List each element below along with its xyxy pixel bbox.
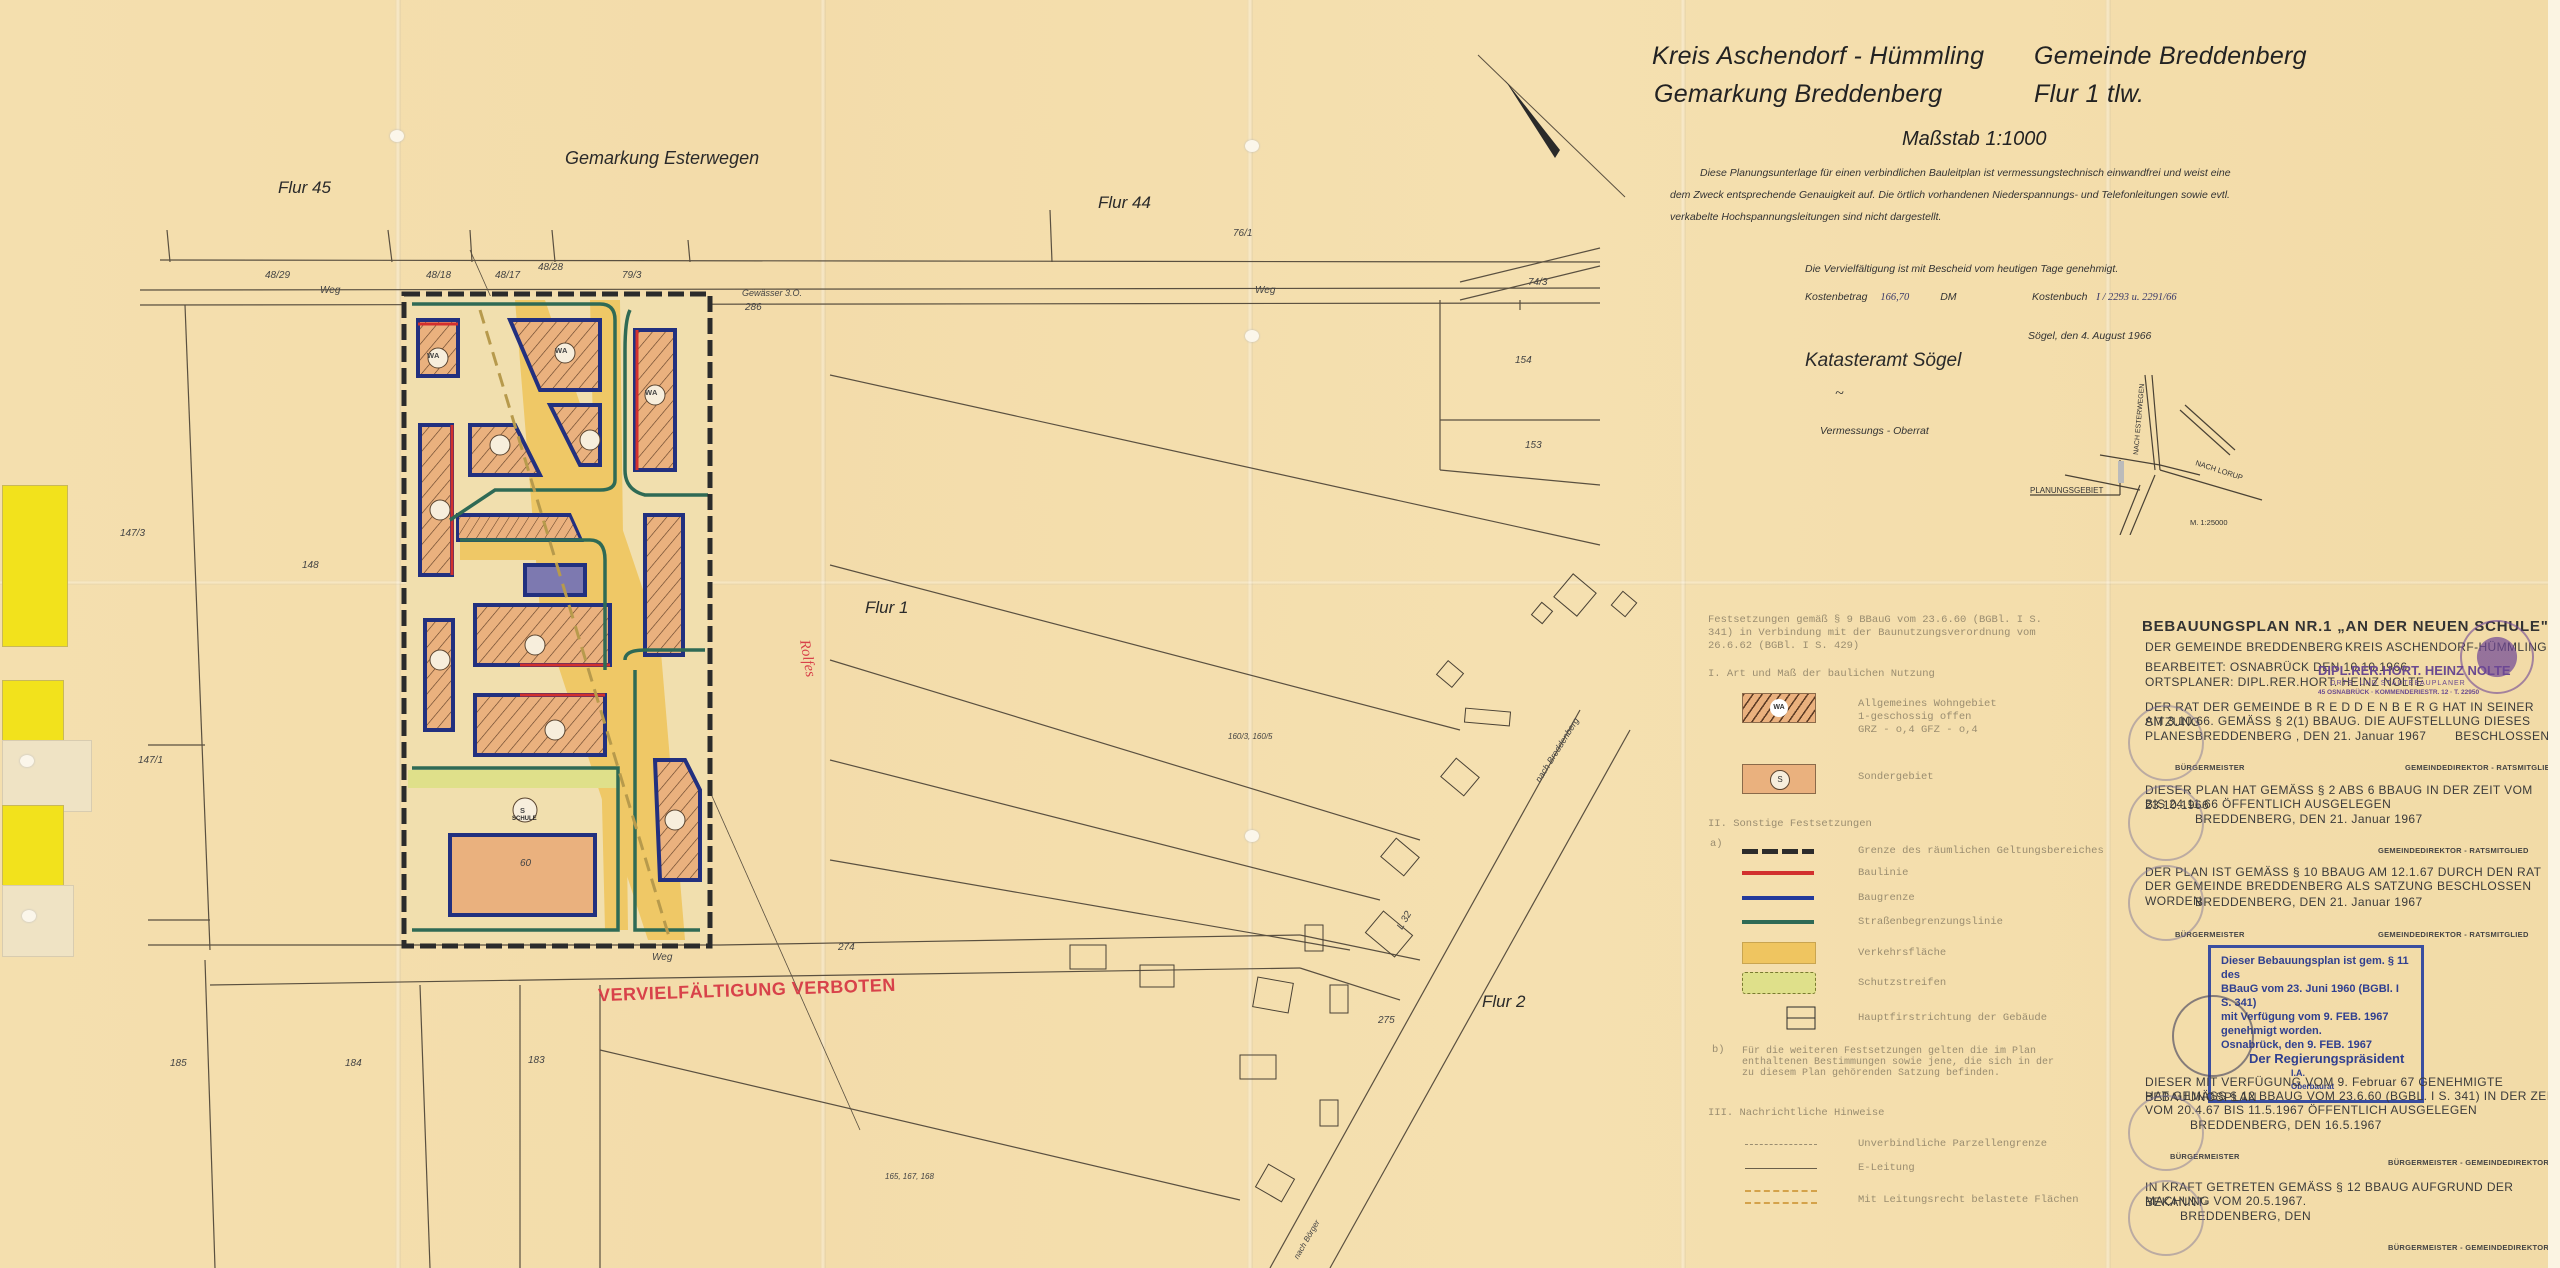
wa-label: WA — [645, 388, 658, 397]
signature-role: GEMEINDEDIREKTOR - RATSMITGLIED — [2405, 763, 2556, 772]
parcel-number: 286 — [745, 302, 762, 313]
legend-swatch-red — [1742, 871, 1814, 875]
municipality: DER GEMEINDE BREDDENBERG — [2145, 640, 2343, 655]
cadastral-office: Katasteramt Sögel — [1805, 350, 1961, 372]
legend-label: Verkehrsfläche — [1858, 947, 1946, 960]
cost-book-value: I / 2293 u. 2291/66 — [2096, 292, 2176, 303]
parcel-number: 185 — [170, 1058, 187, 1069]
parcel-number: 79/3 — [622, 270, 641, 281]
legend-swatch-power — [1745, 1168, 1817, 1169]
parcel-number: 147/1 — [138, 755, 163, 766]
gemeinde-title: Gemeinde Breddenberg — [2034, 42, 2307, 71]
municipal-seal — [2128, 705, 2204, 781]
parcel-number: 274 — [838, 942, 855, 953]
parcel-number: 48/29 — [265, 270, 290, 281]
legend-wa: Allgemeines Wohngebiet 1-geschossig offe… — [1858, 698, 1997, 737]
legend-swatch-parcel — [1745, 1144, 1817, 1146]
legend-label: Grenze des räumlichen Geltungsbereiches — [1858, 845, 2104, 858]
council-resolved: BESCHLOSSEN — [2455, 729, 2549, 744]
parcel-number: 275 — [1378, 1015, 1395, 1026]
parcel-number: 154 — [1515, 355, 1532, 366]
weg-label: Weg — [320, 285, 340, 296]
legend-label: 1-geschossig offen — [1858, 711, 1997, 724]
parcel-number: 48/17 — [495, 270, 520, 281]
municipal-seal — [2128, 1095, 2204, 1171]
flur-44-label: Flur 44 — [1098, 193, 1151, 213]
paper-edge — [2548, 0, 2560, 1268]
legend-swatch-easement — [1745, 1190, 1817, 1204]
legend-swatch-traffic — [1742, 942, 1816, 964]
legend-label: Schutzstreifen — [1858, 977, 1946, 990]
plan-sheet: WA WA WA S SCHULE 60 Gemarkung Esterwege… — [0, 0, 2560, 1268]
legend-section-1-title: I. Art und Maß der baulichen Nutzung — [1708, 668, 1935, 681]
gemarkung-title: Gemarkung Breddenberg — [1654, 80, 1942, 109]
stamp-line: Dieser Bebauungsplan ist gem. § 11 des — [2221, 954, 2411, 982]
legend-swatch-protection — [1742, 972, 1816, 994]
cost-currency: DM — [1940, 291, 1956, 303]
planungsgebiet-label: PLANUNGSGEBIET — [2030, 486, 2103, 495]
legend-label: E-Leitung — [1858, 1162, 1915, 1175]
gemarkung-esterwegen-label: Gemarkung Esterwegen — [565, 148, 759, 169]
legend-swatch-green — [1742, 920, 1814, 924]
legend-label: Baulinie — [1858, 867, 1908, 880]
legend-section-3-title: III. Nachrichtliche Hinweise — [1708, 1107, 1884, 1120]
s-legend-swatch: S — [1742, 764, 1816, 794]
note-line: Diese Planungsunterlage für einen verbin… — [1670, 162, 2310, 184]
scale-label: Maßstab 1:1000 — [1902, 128, 2047, 151]
place-date: Sögel, den 4. August 1966 — [2028, 325, 2151, 347]
ridge-direction-icon — [1785, 1005, 1817, 1031]
legend-label: Hauptfirstrichtung der Gebäude — [1858, 1012, 2047, 1025]
weg-label: Weg — [652, 952, 672, 963]
architects-association-seal — [2460, 620, 2534, 694]
signature-role: BÜRGERMEISTER - GEMEINDEDIREKTOR — [2388, 1243, 2549, 1252]
legend-intro: Festsetzungen gemäß § 9 BBauG vom 23.6.6… — [1708, 614, 2068, 653]
legend-b-text: Für die weiteren Festsetzungen gelten di… — [1742, 1046, 2072, 1079]
signature: ~ — [1835, 385, 1844, 403]
wa-label: WA — [555, 346, 568, 355]
parcel-number: 74/3 — [1528, 277, 1547, 288]
approved-place-date: BREDDENBERG, DEN 16.5.1967 — [2190, 1118, 2382, 1133]
wa-label: WA — [427, 351, 440, 360]
locator-scale-label: M. 1:25000 — [2190, 518, 2228, 527]
signature-role: GEMEINDEDIREKTOR - RATSMITGLIED — [2378, 846, 2529, 855]
wa-symbol: WA — [1770, 699, 1788, 717]
signature-role: BÜRGERMEISTER - GEMEINDEDIREKTOR — [2388, 1158, 2549, 1167]
weg-label: Weg — [1255, 285, 1275, 296]
municipal-seal — [2128, 1180, 2204, 1256]
government-seal — [2172, 995, 2254, 1077]
north-arrow-icon — [1505, 80, 1560, 158]
parcel-number: 148 — [302, 560, 319, 571]
parcel-number: 48/28 — [538, 262, 563, 273]
municipal-seal — [2128, 865, 2204, 941]
parcel-number: 153 — [1525, 440, 1542, 451]
cost-value: 166,70 — [1880, 292, 1909, 303]
signature-role: GEMEINDEDIREKTOR - RATSMITGLIED — [2378, 930, 2529, 939]
cost-row: Kostenbetrag 166,70 DM — [1805, 286, 1957, 309]
display-place-date: BREDDENBERG, DEN 21. Januar 1967 — [2195, 812, 2423, 827]
gewaesser-label: Gewässer 3.O. — [742, 288, 802, 298]
legend-label: Mit Leitungsrecht belastete Flächen — [1858, 1194, 2079, 1207]
bylaw-line: DER PLAN IST GEMÄSS § 10 BBAUG AM 12.1.6… — [2145, 865, 2541, 880]
legend-label: Unverbindliche Parzellengrenze — [1858, 1138, 2047, 1151]
legend-label: Sondergebiet — [1858, 771, 1934, 784]
parcel-number: 147/3 — [120, 528, 145, 539]
north-road-label: NACH ESTERWEGEN — [2133, 383, 2146, 455]
parcel-number: 160/3, 160/5 — [1228, 732, 1272, 741]
stamp-line: BBauG vom 23. Juni 1960 (BGBl. I S. 341) — [2221, 982, 2411, 1010]
kreis-title: Kreis Aschendorf - Hümmling — [1652, 42, 1984, 71]
flur-45-label: Flur 45 — [278, 178, 331, 198]
parcel-number: 48/18 — [426, 270, 451, 281]
s-symbol: S — [1770, 770, 1790, 790]
wa-legend-swatch: WA — [1742, 693, 1816, 723]
dimension-label: 60 — [520, 858, 531, 869]
note-line: dem Zweck entsprechende Genauigkeit auf.… — [1670, 184, 2310, 206]
architect-stamp-address: 45 OSNABRÜCK · KOMMENDERIESTR. 12 · T. 2… — [2318, 689, 2479, 696]
reproduction-approval: Die Vervielfältigung ist mit Bescheid vo… — [1805, 258, 2118, 280]
legend-sub-a: a) — [1710, 838, 1723, 851]
school-label: SCHULE — [512, 816, 537, 822]
legend-label: Allgemeines Wohngebiet — [1858, 698, 1997, 711]
cost-label: Kostenbetrag — [1805, 291, 1867, 303]
legend-sub-b: b) — [1712, 1044, 1725, 1057]
parcel-number: 165, 167, 168 — [885, 1172, 934, 1181]
flur-title: Flur 1 tlw. — [2034, 80, 2144, 109]
cost-book-label: Kostenbuch — [2032, 291, 2087, 303]
council-place-date: BREDDENBERG , DEN 21. Januar 1967 — [2195, 729, 2426, 744]
legend-label: Baugrenze — [1858, 892, 1915, 905]
school-symbol: S — [520, 806, 525, 815]
parcel-number: 76/1 — [1233, 228, 1252, 239]
bylaw-place-date: BREDDENBERG, DEN 21. Januar 1967 — [2195, 895, 2423, 910]
flur-2-label: Flur 2 — [1482, 992, 1525, 1012]
architect-stamp-sub: ORTS- UND STÄDTEBAUPLANER — [2330, 680, 2466, 687]
legend-swatch-dashed — [1742, 849, 1814, 854]
legend-label: Straßenbegrenzungslinie — [1858, 916, 2003, 929]
development-plan-area — [400, 290, 720, 950]
legend-swatch-blue — [1742, 896, 1814, 900]
survey-note: Diese Planungsunterlage für einen verbin… — [1670, 162, 2310, 228]
municipal-seal — [2128, 785, 2204, 861]
legend-label: GRZ - o,4 GFZ - o,4 — [1858, 724, 1997, 737]
cost-book-row: Kostenbuch I / 2293 u. 2291/66 — [2032, 286, 2177, 309]
locator-map: PLANUNGSGEBIET NACH ESTERWEGEN NACH LORU… — [2010, 365, 2270, 535]
parcel-number: 184 — [345, 1058, 362, 1069]
east-road-label: NACH LORUP — [2194, 458, 2244, 482]
approved-line: HAT GEMÄSS § 12 BBAUG VOM 23.6.60 (BGBL.… — [2145, 1089, 2558, 1104]
flur-1-label: Flur 1 — [865, 598, 908, 618]
official-title: Vermessungs - Oberrat — [1820, 420, 1929, 442]
note-line: verkabelte Hochspannungsleitungen sind n… — [1670, 206, 2310, 228]
parcel-number: 183 — [528, 1055, 545, 1066]
legend-section-2-title: II. Sonstige Festsetzungen — [1708, 818, 1872, 831]
